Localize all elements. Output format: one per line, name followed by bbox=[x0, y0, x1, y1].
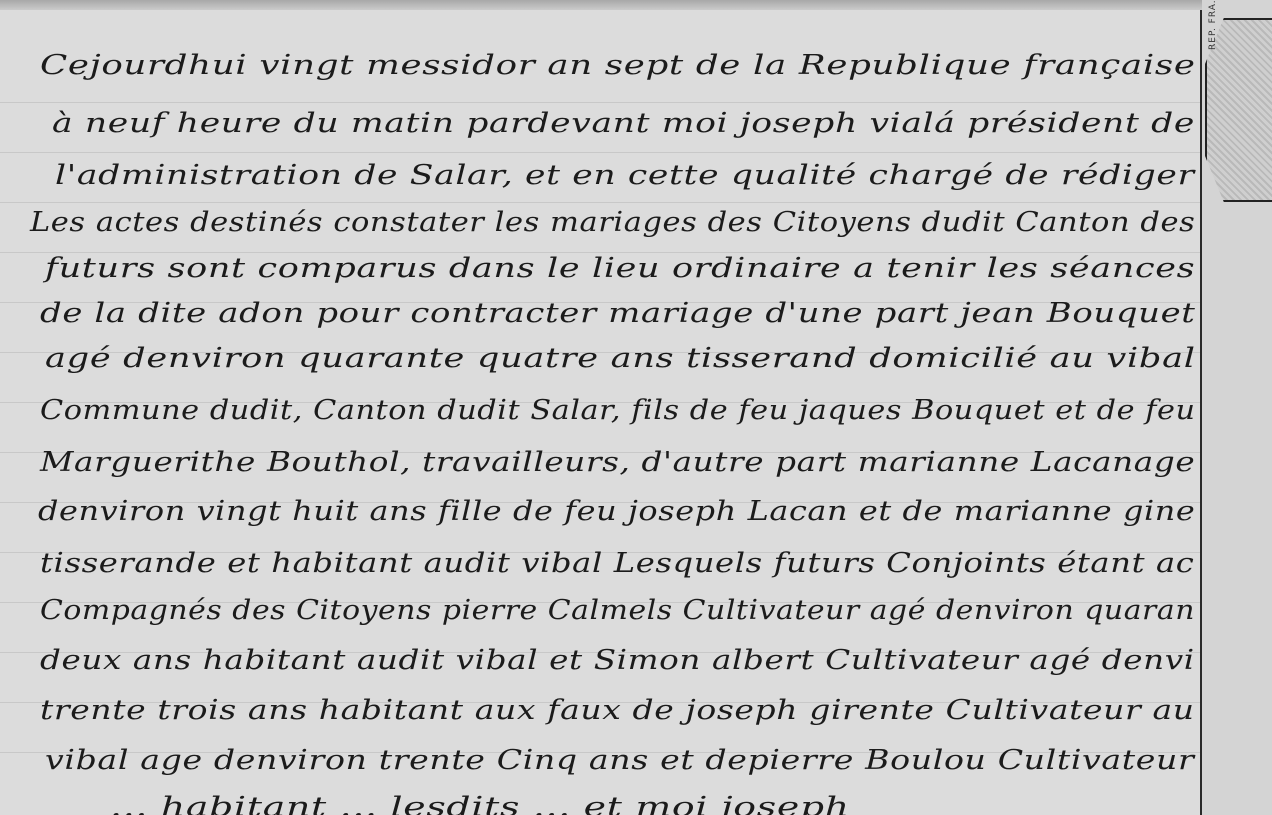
manuscript-line-5: futurs sont comparus dans le lieu ordina… bbox=[45, 253, 1195, 284]
manuscript-line-9: Marguerithe Bouthol, travailleurs, d'aut… bbox=[40, 447, 1195, 478]
manuscript-line-7: agé denviron quarante quatre ans tissera… bbox=[45, 343, 1196, 374]
manuscript-line-8: Commune dudit, Canton dudit Salar, fils … bbox=[40, 395, 1196, 426]
ruled-line bbox=[0, 152, 1200, 153]
manuscript-line-3: l'administration de Salar, et en cette q… bbox=[55, 160, 1195, 191]
manuscript-line-13: deux ans habitant audit vibal et Simon a… bbox=[40, 645, 1195, 676]
manuscript-line-15: vibal age denviron trente Cinq ans et de… bbox=[45, 745, 1194, 776]
ruled-line bbox=[0, 102, 1200, 103]
manuscript-line-11: tisserande et habitant audit vibal Lesqu… bbox=[40, 548, 1194, 579]
manuscript-line-16: ... habitant ... lesdits ... et moi jose… bbox=[110, 792, 850, 815]
manuscript-line-12: Compagnés des Citoyens pierre Calmels Cu… bbox=[40, 595, 1195, 626]
manuscript-line-1: Cejourdhui vingt messidor an sept de la … bbox=[40, 50, 1196, 81]
ruled-line bbox=[0, 202, 1200, 203]
manuscript-line-4: Les actes destinés constater les mariage… bbox=[30, 207, 1195, 238]
stamp-text: REP. FRA... bbox=[1208, 0, 1218, 50]
manuscript-line-14: trente trois ans habitant aux faux de jo… bbox=[40, 695, 1195, 726]
manuscript-line-2: à neuf heure du matin pardevant moi jose… bbox=[52, 108, 1195, 139]
manuscript-line-6: de la dite adon pour contracter mariage … bbox=[40, 298, 1196, 329]
manuscript-line-10: denviron vingt huit ans fille de feu jos… bbox=[38, 496, 1195, 527]
